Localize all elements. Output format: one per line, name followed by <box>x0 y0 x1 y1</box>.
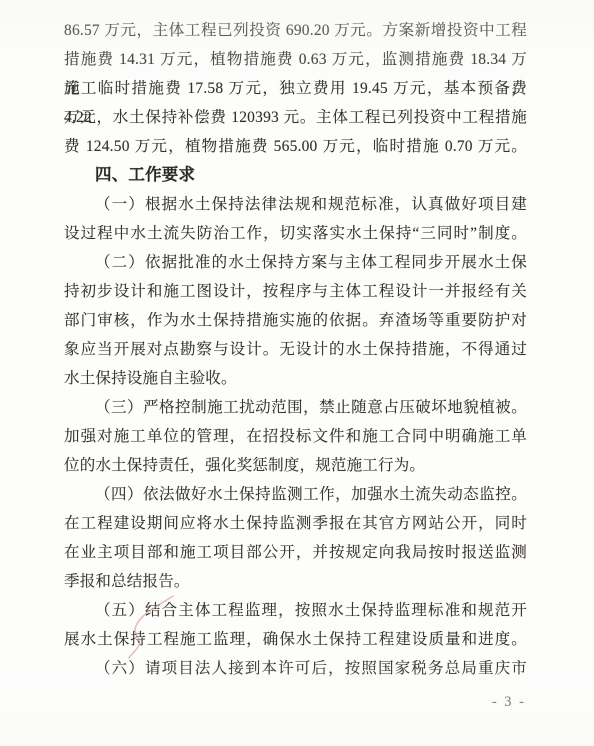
text-line-8: 设过程中水土流失防治工作，切实落实水土保持“三同时”制度。 <box>64 219 527 248</box>
text-line-14: （三）严格控制施工扰动范围，禁止随意占压破坏地貌植被。 <box>64 393 527 422</box>
text-line-17: （四）依法做好水土保持监测工作，加强水土流失动态监控。 <box>64 480 527 509</box>
text-line-20: 季报和总结报告。 <box>64 567 527 596</box>
text-line-13: 水土保持设施自主验收。 <box>64 364 527 393</box>
text-line-16: 位的水土保持责任，强化奖惩制度，规范施工行为。 <box>64 451 527 480</box>
text-line-11: 部门审核，作为水土保持措施实施的依据。弃渣场等重要防护对 <box>64 306 527 335</box>
text-line-12: 象应当开展对点勘察与设计。无设计的水土保持措施，不得通过 <box>64 335 527 364</box>
text-line-2: 措施费 14.31 万元，植物措施费 0.63 万元，监测措施费 18.34 万… <box>64 45 527 74</box>
text-line-15: 加强对施工单位的管理，在招投标文件和施工合同中明确施工单 <box>64 422 527 451</box>
text-line-6: 四、工作要求 <box>64 161 527 190</box>
document-body: 86.57 万元，主体工程已列投资 690.20 万元。方案新增投资中工程措施费… <box>64 16 527 683</box>
page-number: - 3 - <box>492 694 526 711</box>
text-line-10: 持初步设计和施工图设计，按程序与主体工程设计一并报经有关 <box>64 277 527 306</box>
text-line-21: （五）结合主体工程监理，按照水土保持监理标准和规范开 <box>64 596 527 625</box>
text-line-19: 在业主项目部和施工项目部公开，并按规定向我局按时报送监测 <box>64 538 527 567</box>
text-line-22: 展水土保持工程施工监理，确保水土保持工程建设质量和进度。 <box>64 625 527 654</box>
text-line-18: 在工程建设期间应将水土保持监测季报在其官方网站公开，同时 <box>64 509 527 538</box>
text-line-4: 万元，水土保持补偿费 120393 元。主体工程已列投资中工程措施 <box>64 103 527 132</box>
text-line-1: 86.57 万元，主体工程已列投资 690.20 万元。方案新增投资中工程 <box>64 16 527 45</box>
text-line-7: （一）根据水土保持法律法规和规范标准，认真做好项目建 <box>64 190 527 219</box>
scanned-document-page: 86.57 万元，主体工程已列投资 690.20 万元。方案新增投资中工程措施费… <box>0 0 594 746</box>
text-line-23: （六）请项目法人接到本许可后，按照国家税务总局重庆市 <box>64 654 527 683</box>
text-line-5: 费 124.50 万元，植物措施费 565.00 万元，临时措施 0.70 万元… <box>64 132 527 161</box>
text-line-9: （二）依据批准的水土保持方案与主体工程同步开展水土保 <box>64 248 527 277</box>
text-line-3: 施工临时措施费 17.58 万元，独立费用 19.45 万元，基本预备费 4.2… <box>64 74 527 103</box>
